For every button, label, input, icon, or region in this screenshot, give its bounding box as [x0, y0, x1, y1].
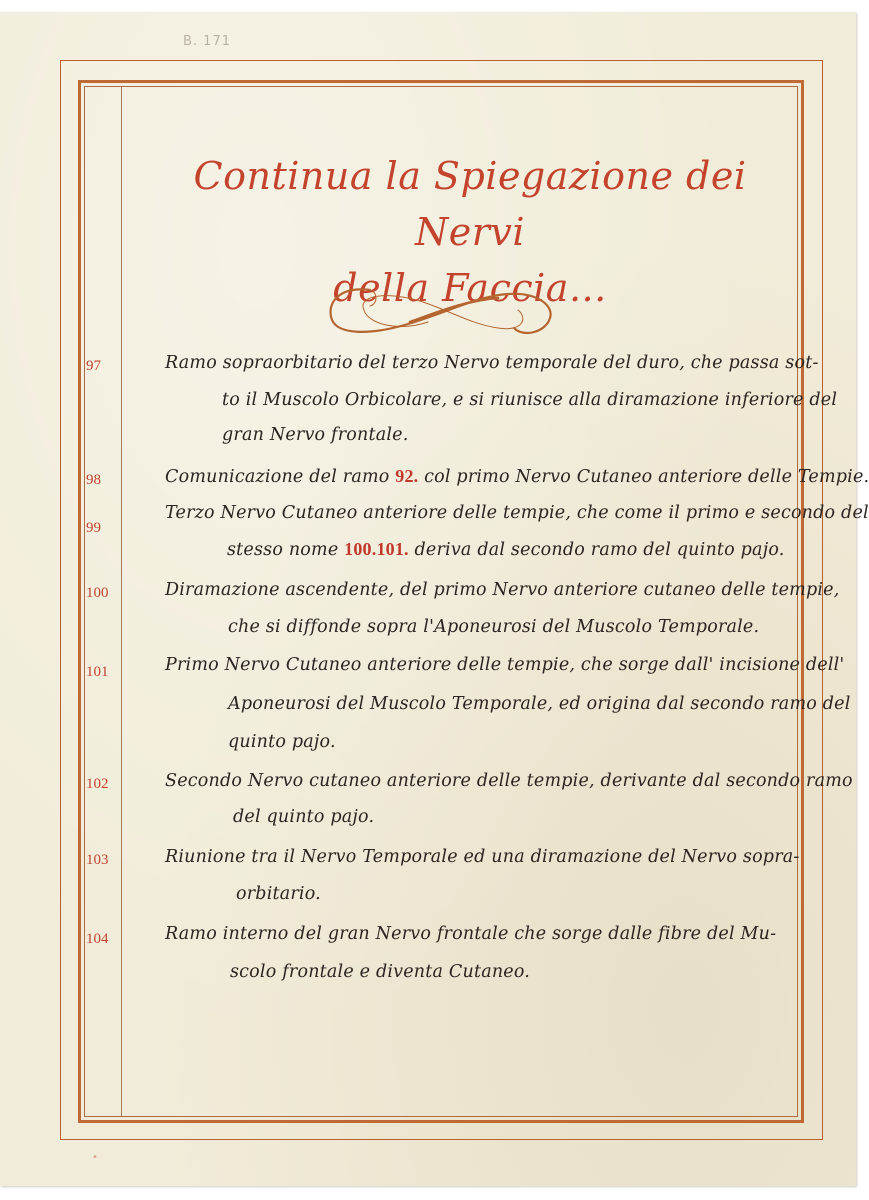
entry-number: 99	[86, 520, 122, 537]
entry-text-line: Ramo interno del gran Nervo frontale che…	[165, 924, 776, 944]
entry-text-line: Primo Nervo Cutaneo anteriore delle temp…	[165, 655, 844, 675]
archive-stamp: B. 171	[183, 34, 231, 49]
entry-number: 102	[86, 776, 122, 793]
entry-text-line: quinto pajo.	[228, 732, 336, 752]
cross-reference: 92.	[395, 466, 418, 486]
entry-number: 100	[86, 585, 122, 602]
entry-number: 101	[86, 664, 122, 681]
entry-text-line: Aponeurosi del Muscolo Temporale, ed ori…	[228, 694, 851, 714]
entry-number: 97	[86, 358, 122, 375]
entry-text-line: Diramazione ascendente, del primo Nervo …	[165, 580, 840, 600]
entry-text-line: che si diffonde sopra l'Aponeurosi del M…	[228, 617, 759, 637]
entry-text-line: Comunicazione del ramo 92. col primo Ner…	[165, 466, 869, 487]
entry-text-line: gran Nervo frontale.	[222, 425, 409, 445]
entry-text-line: Ramo sopraorbitario del terzo Nervo temp…	[165, 353, 819, 373]
entry-text-line: Riunione tra il Nervo Temporale ed una d…	[165, 847, 800, 867]
entry-number: 98	[86, 472, 122, 489]
entry-text-line: scolo frontale e diventa Cutaneo.	[230, 962, 530, 982]
entry-text-line: to il Muscolo Orbicolare, e si riunisce …	[222, 390, 837, 410]
entry-text-line: orbitario.	[236, 884, 321, 904]
cross-reference: 100.101.	[344, 539, 409, 559]
entry-number: 103	[86, 852, 122, 869]
title-line-1: Continua la Spiegazione dei Nervi	[150, 148, 790, 260]
entry-text-line: del quinto pajo.	[233, 807, 374, 827]
ink-stain: •	[92, 1152, 98, 1163]
flourish-ornament-icon	[318, 282, 566, 342]
entry-text-line: stesso nome 100.101. deriva dal secondo …	[227, 539, 785, 560]
entry-text-line: Terzo Nervo Cutaneo anteriore delle temp…	[165, 503, 869, 523]
entry-text-line: Secondo Nervo cutaneo anteriore delle te…	[165, 771, 853, 791]
entry-number: 104	[86, 931, 122, 948]
